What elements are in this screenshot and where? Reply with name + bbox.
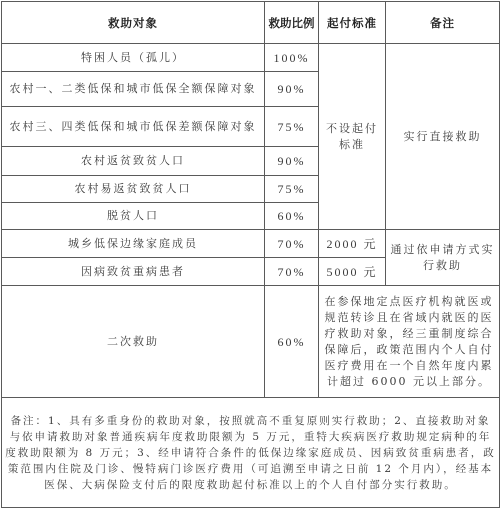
row-target: 脱贫人口 <box>2 203 265 230</box>
row-target: 特困人员（孤儿） <box>2 44 265 72</box>
row-ratio: 75% <box>265 107 319 147</box>
no-threshold-cell: 不设起付标准 <box>319 44 386 230</box>
table-note-row: 备注：1、具有多重身份的救助对象，按照就高不重复原则实行救助；2、直接救助对象与… <box>2 398 500 508</box>
medical-aid-document: 救助对象 救助比例 起付标准 备注 特困人员（孤儿） 100% 不设起付标准 实… <box>0 0 500 520</box>
header-threshold: 起付标准 <box>319 2 386 44</box>
row-threshold: 2000 元 <box>319 230 386 258</box>
row-target: 农村易返贫致贫人口 <box>2 176 265 203</box>
row-target: 农村返贫致贫人口 <box>2 147 265 176</box>
row-threshold: 5000 元 <box>319 258 386 286</box>
table-row: 城乡低保边缘家庭成员 70% 2000 元 通过依申请方式实行救助 <box>2 230 500 258</box>
row-ratio: 100% <box>265 44 319 72</box>
row-target: 因病致贫重病患者 <box>2 258 265 286</box>
direct-aid-cell: 实行直接救助 <box>386 44 500 230</box>
row-ratio: 60% <box>265 286 319 398</box>
medical-aid-table: 救助对象 救助比例 起付标准 备注 特困人员（孤儿） 100% 不设起付标准 实… <box>1 1 500 508</box>
row-ratio: 90% <box>265 147 319 176</box>
table-header-row: 救助对象 救助比例 起付标准 备注 <box>2 2 500 44</box>
row-ratio: 75% <box>265 176 319 203</box>
row-target: 城乡低保边缘家庭成员 <box>2 230 265 258</box>
row-target: 农村一、二类低保和城市低保全额保障对象 <box>2 72 265 107</box>
header-remarks: 备注 <box>386 2 500 44</box>
row-target: 二次救助 <box>2 286 265 398</box>
row-ratio: 70% <box>265 230 319 258</box>
header-target: 救助对象 <box>2 2 265 44</box>
row-ratio: 60% <box>265 203 319 230</box>
row-target: 农村三、四类低保和城市低保差额保障对象 <box>2 107 265 147</box>
table-row: 特困人员（孤儿） 100% 不设起付标准 实行直接救助 <box>2 44 500 72</box>
table-row: 二次救助 60% 在参保地定点医疗机构就医或规范转诊且在省域内就医的医疗救助对象… <box>2 286 500 398</box>
row-ratio: 90% <box>265 72 319 107</box>
apply-aid-cell: 通过依申请方式实行救助 <box>386 230 500 286</box>
secondary-aid-description: 在参保地定点医疗机构就医或规范转诊且在省域内就医的医疗救助对象，经三重制度综合保… <box>319 286 500 398</box>
table-note: 备注：1、具有多重身份的救助对象，按照就高不重复原则实行救助；2、直接救助对象与… <box>2 398 500 508</box>
header-ratio: 救助比例 <box>265 2 319 44</box>
row-ratio: 70% <box>265 258 319 286</box>
